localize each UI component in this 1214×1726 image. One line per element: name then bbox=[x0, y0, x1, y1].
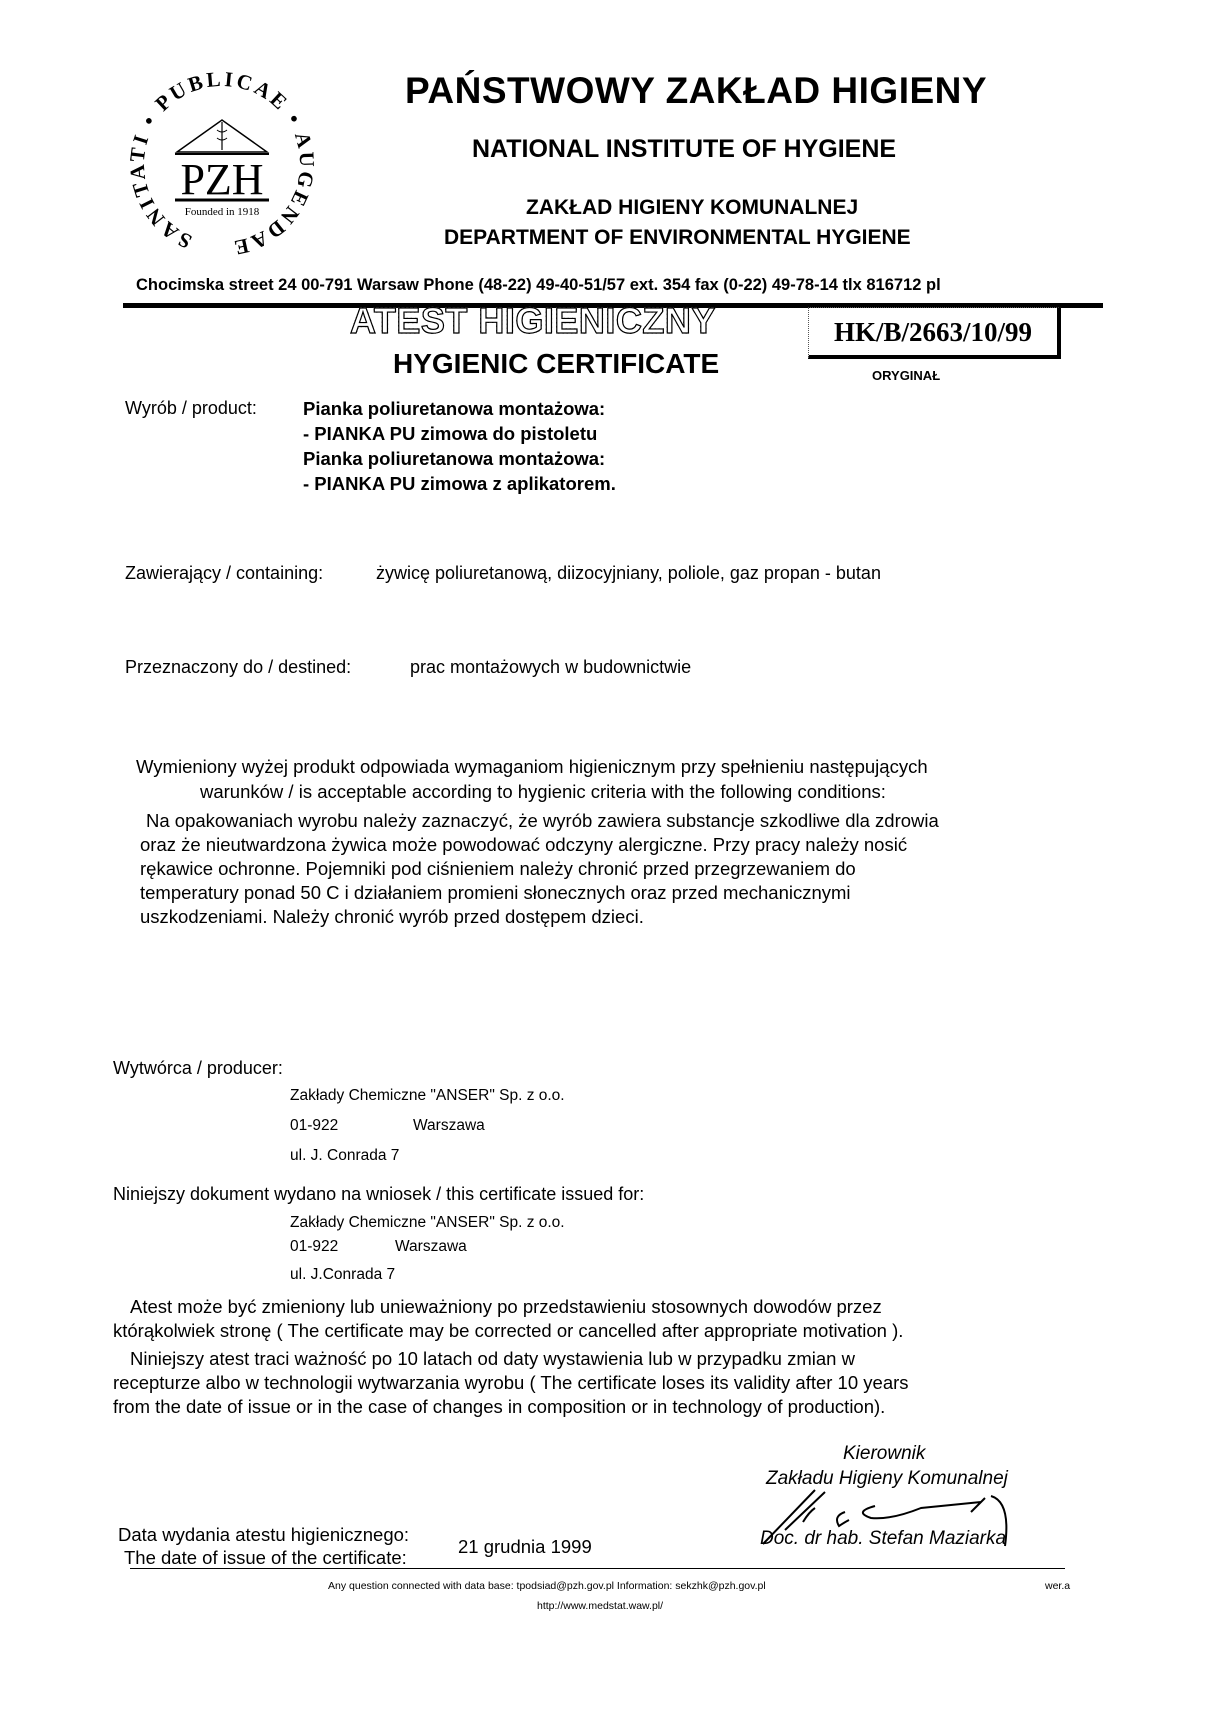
producer-city: Warszawa bbox=[413, 1117, 485, 1135]
conditions-line: oraz że nieutwardzona żywica może powodo… bbox=[140, 834, 907, 856]
destined-label: Przeznaczony do / destined: bbox=[125, 657, 351, 678]
signatory-name: Doc. dr hab. Stefan Maziarka bbox=[760, 1528, 1006, 1550]
producer-street: ul. J. Conrada 7 bbox=[290, 1147, 399, 1165]
footer-url[interactable]: http://www.medstat.waw.pl/ bbox=[537, 1600, 663, 1612]
department-title-en: DEPARTMENT OF ENVIRONMENTAL HYGIENE bbox=[444, 226, 911, 250]
issue-date-value: 21 grudnia 1999 bbox=[458, 1536, 592, 1558]
issued-for-street: ul. J.Conrada 7 bbox=[290, 1266, 395, 1284]
producer-postcode: 01-922 bbox=[290, 1117, 338, 1135]
pzh-seal-icon: SANITATI • PUBLICAE • AUGENDAE • PZH Fou… bbox=[125, 70, 320, 260]
product-line: Pianka poliuretanowa montażowa: bbox=[303, 448, 605, 470]
producer-label: Wytwórca / producer: bbox=[113, 1058, 283, 1079]
issued-for-city: Warszawa bbox=[395, 1238, 467, 1256]
product-label: Wyrób / product: bbox=[125, 398, 257, 419]
institute-title: PAŃSTWOWY ZAKŁAD HIGIENY bbox=[405, 70, 987, 112]
department-title: ZAKŁAD HIGIENY KOMUNALNEJ bbox=[526, 196, 858, 220]
footer-version: wer.a bbox=[1045, 1580, 1070, 1592]
conditions-intro: warunków / is acceptable according to hy… bbox=[200, 781, 886, 803]
footer-contact: Any question connected with data base: t… bbox=[328, 1580, 766, 1592]
product-line: Pianka poliuretanowa montażowa: bbox=[303, 398, 605, 420]
conditions-intro: Wymieniony wyżej produkt odpowiada wymag… bbox=[136, 756, 928, 778]
destined-value: prac montażowych w budownictwie bbox=[410, 657, 691, 678]
conditions-line: rękawice ochronne. Pojemniki pod ciśnien… bbox=[140, 858, 856, 880]
institute-address: Chocimska street 24 00-791 Warsaw Phone … bbox=[136, 276, 941, 295]
pzh-logo: SANITATI • PUBLICAE • AUGENDAE • PZH Fou… bbox=[125, 70, 320, 260]
producer-name: Zakłady Chemiczne "ANSER" Sp. z o.o. bbox=[290, 1087, 565, 1105]
product-line: - PIANKA PU zimowa z aplikatorem. bbox=[303, 473, 616, 495]
containing-label: Zawierający / containing: bbox=[125, 563, 323, 584]
signature-role: Kierownik bbox=[843, 1443, 925, 1465]
certificate-title-en: HYGIENIC CERTIFICATE bbox=[393, 348, 719, 380]
certificate-title: ATEST HIGIENICZNY bbox=[350, 300, 716, 342]
containing-value: żywicę poliuretanową, diizocyjniany, pol… bbox=[376, 563, 881, 584]
issue-date-label-pl: Data wydania atestu higienicznego: bbox=[118, 1524, 409, 1546]
issued-for-postcode: 01-922 bbox=[290, 1238, 338, 1256]
issue-date-label-en: The date of issue of the certificate: bbox=[124, 1547, 407, 1569]
validity-line: którąkolwiek stronę ( The certificate ma… bbox=[113, 1320, 903, 1342]
product-line: - PIANKA PU zimowa do pistoletu bbox=[303, 423, 597, 445]
validity-line: Atest może być zmieniony lub unieważnion… bbox=[130, 1296, 882, 1318]
conditions-line: temperatury ponad 50 C i działaniem prom… bbox=[140, 882, 851, 904]
svg-text:Founded in 1918: Founded in 1918 bbox=[185, 206, 260, 218]
issued-for-label: Niniejszy dokument wydano na wniosek / t… bbox=[113, 1184, 644, 1205]
conditions-line: Na opakowaniach wyrobu należy zaznaczyć,… bbox=[146, 810, 939, 832]
original-stamp: ORYGINAŁ bbox=[872, 368, 940, 383]
validity-line: from the date of issue or in the case of… bbox=[113, 1396, 885, 1418]
validity-line: Niniejszy atest traci ważność po 10 lata… bbox=[130, 1348, 855, 1370]
footer-divider bbox=[130, 1568, 1065, 1569]
issued-for-name: Zakłady Chemiczne "ANSER" Sp. z o.o. bbox=[290, 1214, 565, 1232]
institute-title-en: NATIONAL INSTITUTE OF HYGIENE bbox=[472, 135, 896, 164]
validity-line: recepturze albo w technologii wytwarzani… bbox=[113, 1372, 909, 1394]
certificate-number: HK/B/2663/10/99 bbox=[808, 307, 1061, 359]
conditions-line: uszkodzeniami. Należy chronić wyrób prze… bbox=[140, 906, 644, 928]
svg-text:PZH: PZH bbox=[180, 155, 263, 204]
